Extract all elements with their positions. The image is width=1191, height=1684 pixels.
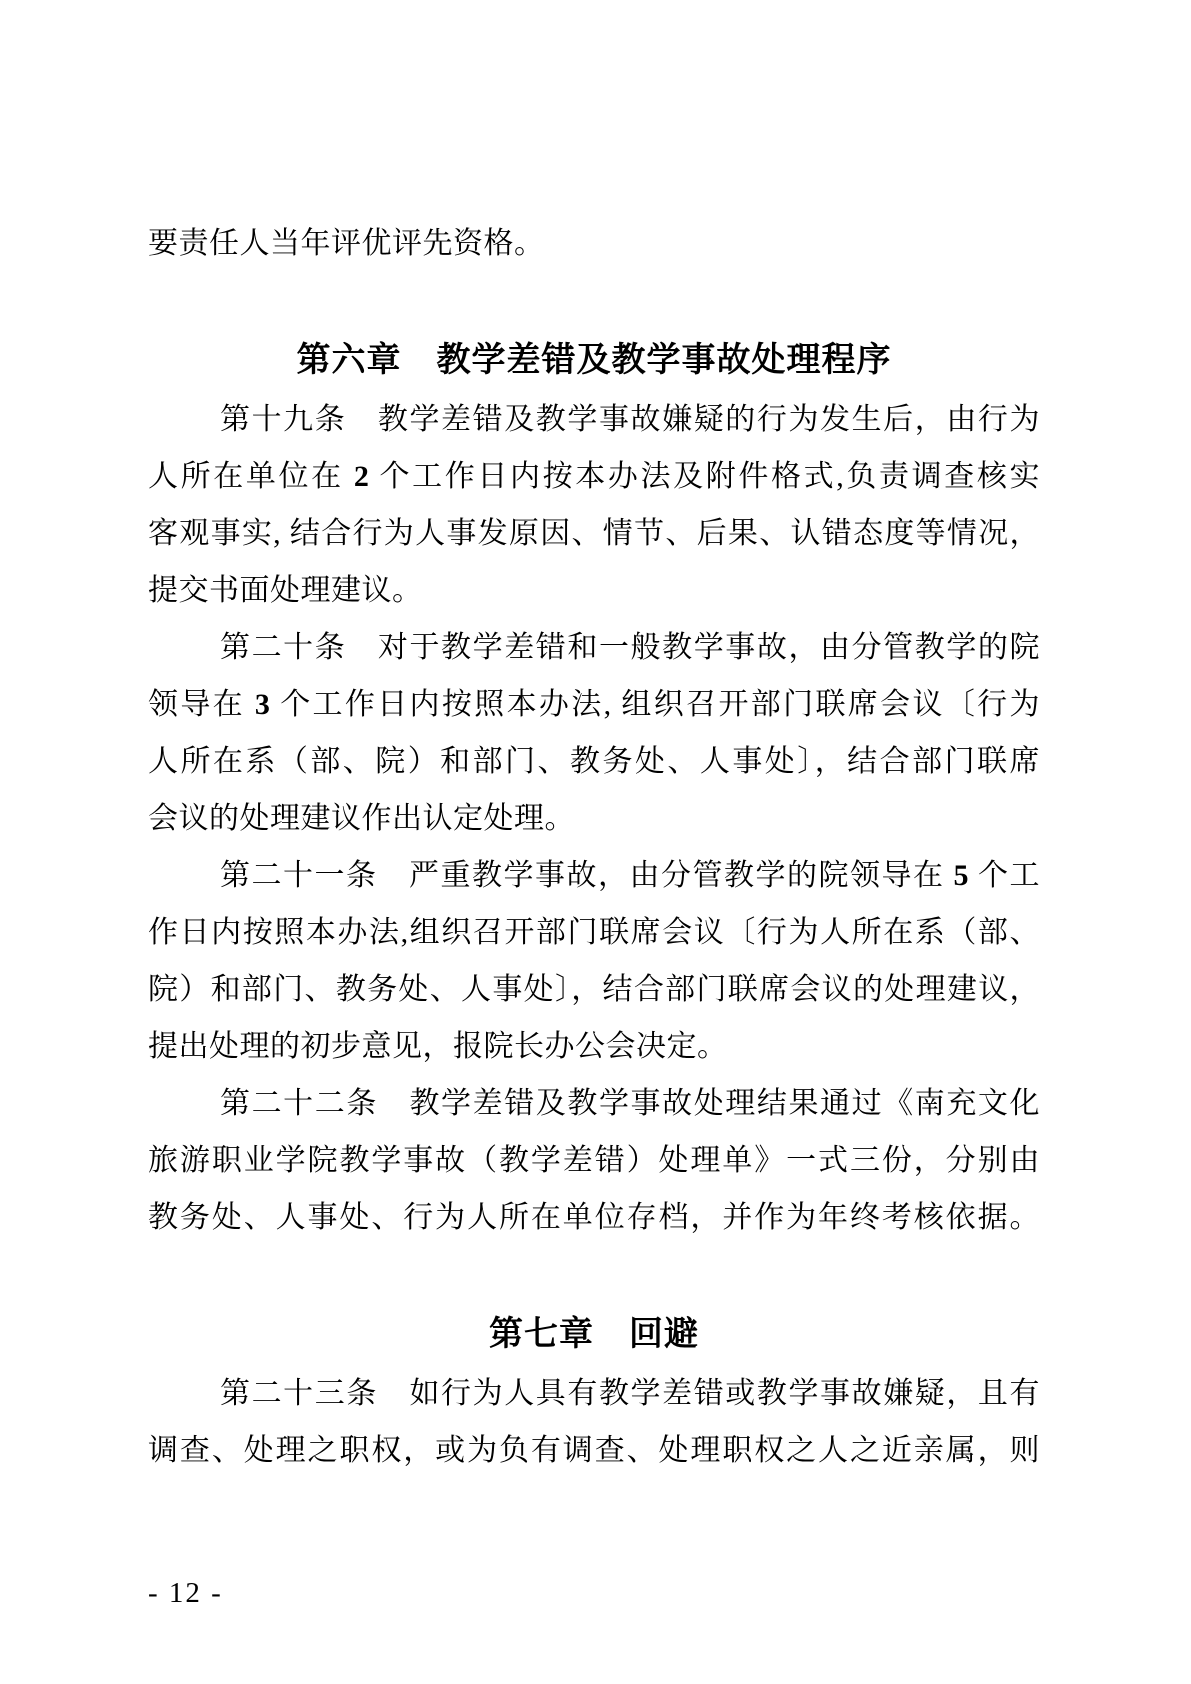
text-line: 提交书面处理建议。 bbox=[148, 562, 1040, 619]
document-body: 要责任人当年评优评先资格。第六章 教学差错及教学事故处理程序第十九条 教学差错及… bbox=[148, 215, 1040, 1479]
text-line: 旅游职业学院教学事故（教学差错）处理单》一式三份，分别由 bbox=[148, 1132, 1040, 1189]
document-page: 要责任人当年评优评先资格。第六章 教学差错及教学事故处理程序第十九条 教学差错及… bbox=[0, 0, 1191, 1684]
text-line: 院）和部门、教务处、人事处〕，结合部门联席会议的处理建议， bbox=[148, 961, 1040, 1018]
article-21: 第二十一条 严重教学事故，由分管教学的院领导在 5 个工作日内按照本办法,组织召… bbox=[148, 847, 1040, 1075]
text-line: 第二十一条 严重教学事故，由分管教学的院领导在 5 个工 bbox=[148, 847, 1040, 904]
text-line: 人所在单位在 2 个工作日内按本办法及附件格式,负责调查核实 bbox=[148, 448, 1040, 505]
text-line: 提出处理的初步意见，报院长办公会决定。 bbox=[148, 1018, 1040, 1075]
text-line: 第二十三条 如行为人具有教学差错或教学事故嫌疑，且有 bbox=[148, 1365, 1040, 1422]
text-line: 作日内按照本办法,组织召开部门联席会议〔行为人所在系（部、 bbox=[148, 904, 1040, 961]
text-line: 调查、处理之职权，或为负有调查、处理职权之人之近亲属，则 bbox=[148, 1422, 1040, 1479]
text-line: 人所在系（部、院）和部门、教务处、人事处〕，结合部门联席 bbox=[148, 733, 1040, 790]
chapter-6-heading: 第六章 教学差错及教学事故处理程序 bbox=[148, 332, 1040, 389]
text-line: 第二十二条 教学差错及教学事故处理结果通过《南充文化 bbox=[148, 1075, 1040, 1132]
page-number: - 12 - bbox=[148, 1577, 223, 1610]
text-line: 客观事实, 结合行为人事发原因、情节、后果、认错态度等情况， bbox=[148, 505, 1040, 562]
text-line: 要责任人当年评优评先资格。 bbox=[148, 215, 1040, 272]
paragraph-continuation: 要责任人当年评优评先资格。 bbox=[148, 215, 1040, 272]
article-22: 第二十二条 教学差错及教学事故处理结果通过《南充文化旅游职业学院教学事故（教学差… bbox=[148, 1075, 1040, 1246]
article-23: 第二十三条 如行为人具有教学差错或教学事故嫌疑，且有调查、处理之职权，或为负有调… bbox=[148, 1365, 1040, 1479]
article-19: 第十九条 教学差错及教学事故嫌疑的行为发生后，由行为人所在单位在 2 个工作日内… bbox=[148, 391, 1040, 619]
chapter-7-heading: 第七章 回避 bbox=[148, 1306, 1040, 1363]
article-20: 第二十条 对于教学差错和一般教学事故，由分管教学的院领导在 3 个工作日内按照本… bbox=[148, 619, 1040, 847]
text-line: 领导在 3 个工作日内按照本办法, 组织召开部门联席会议〔行为 bbox=[148, 676, 1040, 733]
text-line: 第十九条 教学差错及教学事故嫌疑的行为发生后，由行为 bbox=[148, 391, 1040, 448]
text-line: 会议的处理建议作出认定处理。 bbox=[148, 790, 1040, 847]
text-line: 教务处、人事处、行为人所在单位存档，并作为年终考核依据。 bbox=[148, 1189, 1040, 1246]
text-line: 第二十条 对于教学差错和一般教学事故，由分管教学的院 bbox=[148, 619, 1040, 676]
